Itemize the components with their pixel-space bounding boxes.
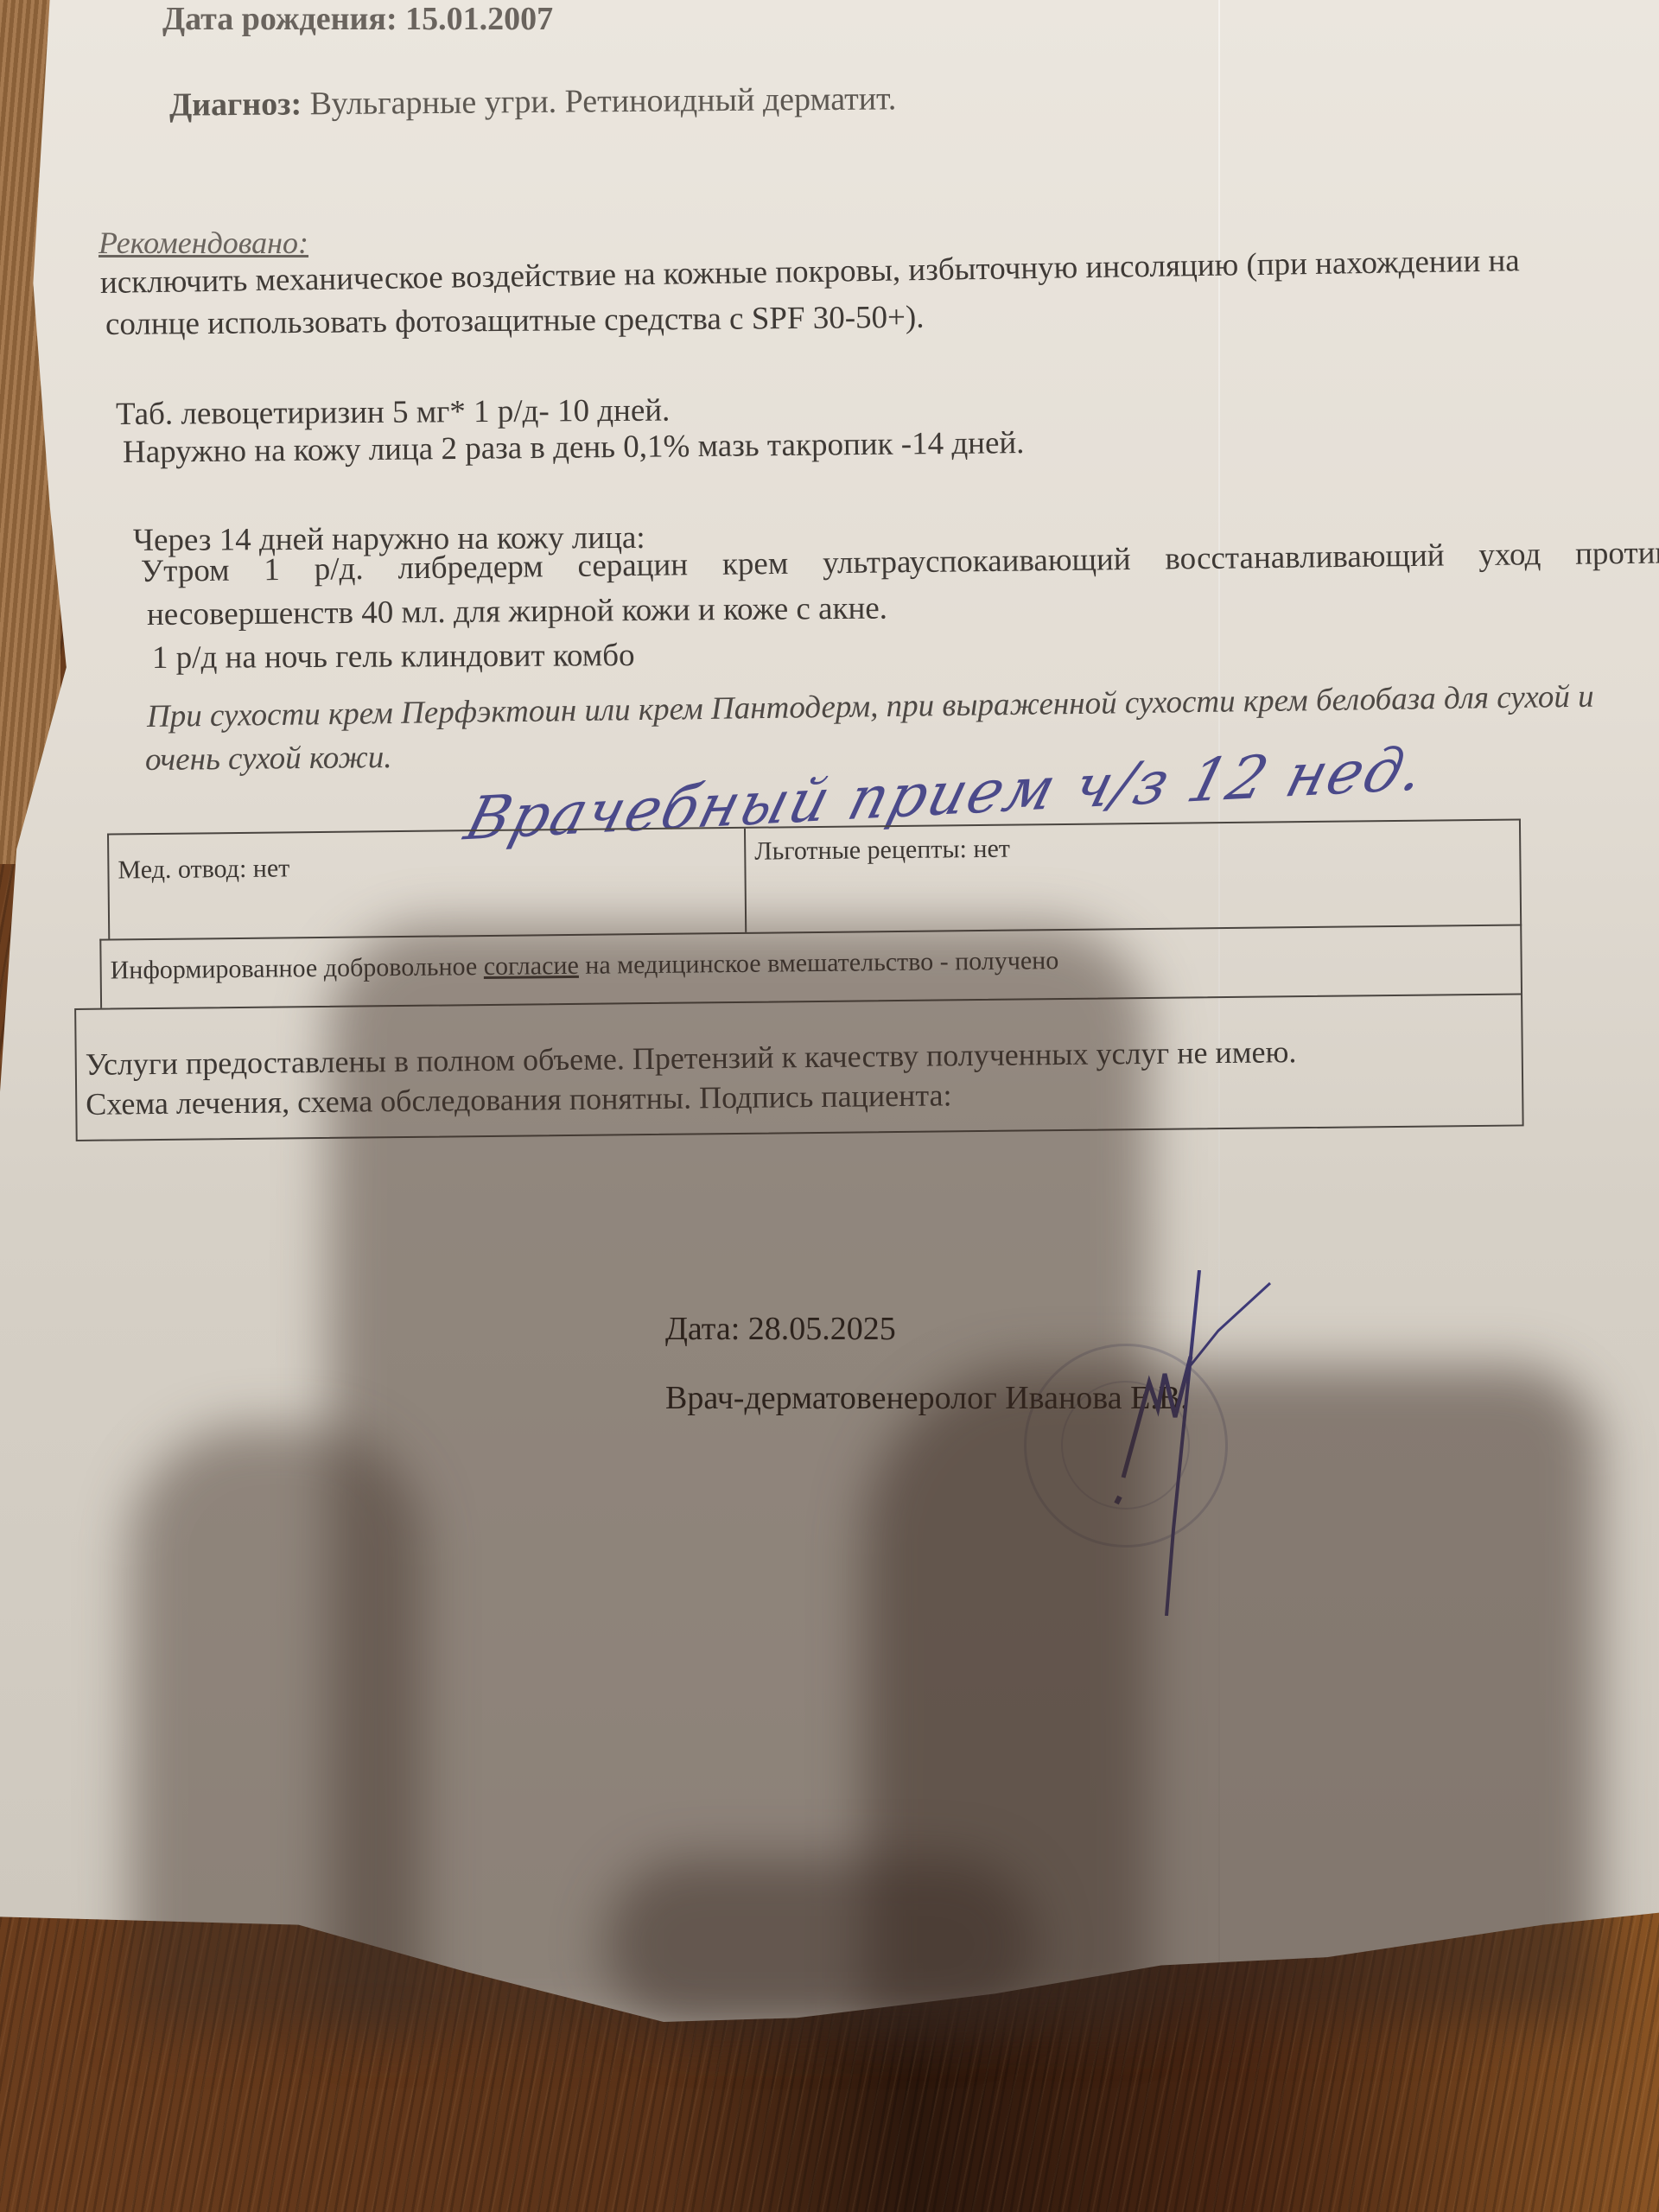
table-row: Мед. отвод: нет Льготные рецепты: нет bbox=[107, 818, 1522, 938]
recommendation-line: солнце использовать фотозащитные средств… bbox=[105, 299, 925, 343]
prescription-line: Таб. левоцетиризин 5 мг* 1 р/д- 10 дней. bbox=[116, 392, 671, 433]
preferential-prescriptions-cell: Льготные рецепты: нет bbox=[746, 820, 1520, 931]
diagnosis-label: Диагноз: bbox=[169, 86, 302, 123]
diagnosis-value: Вульгарные угри. Ретиноидный дерматит. bbox=[302, 80, 897, 122]
diagnosis: Диагноз: Вульгарные угри. Ретиноидный де… bbox=[169, 79, 897, 124]
after-14-days-line: 1 р/д на ночь гель клиндовит комбо bbox=[152, 637, 635, 677]
recommended-heading: Рекомендовано: bbox=[99, 225, 308, 261]
after-14-days-line: несовершенств 40 мл. для жирной кожи и к… bbox=[147, 590, 887, 633]
birth-date: Дата рождения: 15.01.2007 bbox=[162, 0, 553, 38]
med-exemption-cell: Мед. отвод: нет bbox=[109, 829, 747, 939]
hand-shadow bbox=[130, 1426, 423, 2031]
dryness-note-line: очень сухой кожи. bbox=[145, 739, 392, 779]
hand-shadow bbox=[605, 1858, 1037, 2031]
